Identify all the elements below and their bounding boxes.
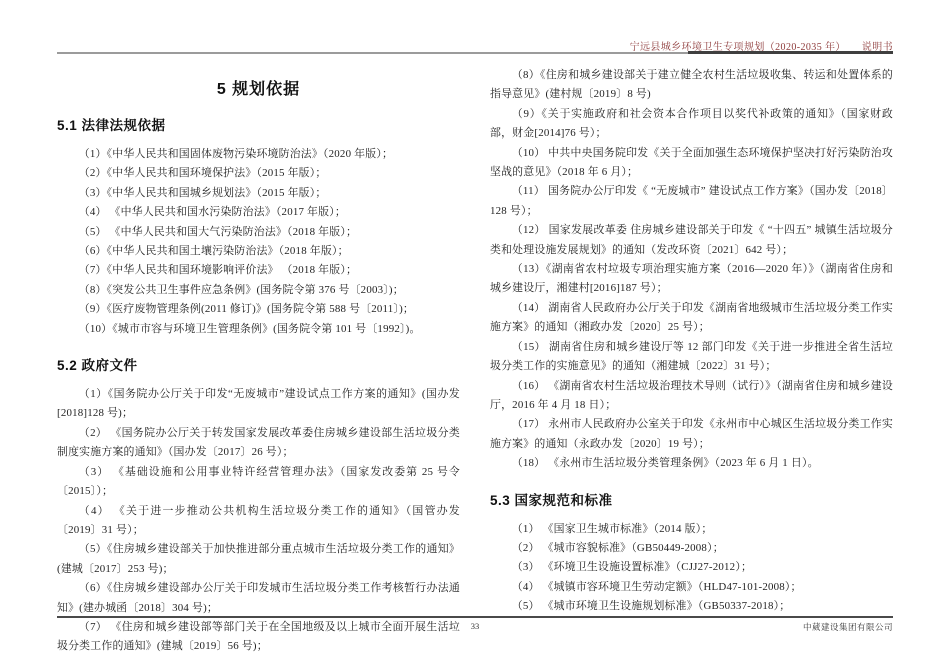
gov-doc-item-1: （1）《国务院办公厅关于印发“无废城市”建设试点工作方案的通知》(国办发[201… xyxy=(57,385,460,424)
chapter-title: 5 规划依据 xyxy=(57,76,460,99)
gov-doc-item-18: （18） 《永州市生活垃圾分类管理条例》（2023 年 6 月 1 日）。 xyxy=(490,454,893,473)
footer-rule xyxy=(57,616,893,618)
header-rule-dark-segment xyxy=(688,51,893,54)
law-item-5: （5） 《中华人民共和国大气污染防治法》（2018 年版）； xyxy=(57,223,460,242)
gov-doc-item-12: （12） 国家发展改革委 住房城乡建设部关于印发《 “十四五” 城镇生活垃圾分类… xyxy=(490,221,893,260)
gov-doc-item-17: （17） 永州市人民政府办公室关于印发《永州市中心城区生活垃圾分类工作实施方案》… xyxy=(490,415,893,454)
gov-doc-item-9: （9）《关于实施政府和社会资本合作项目以奖代补政策的通知》（国家财政部，财金[2… xyxy=(490,105,893,144)
standard-item-5: （5） 《城市环境卫生设施规划标准》（GB50337-2018）； xyxy=(490,597,893,616)
section-heading-5-3: 5.3 国家规范和标准 xyxy=(490,489,893,509)
gov-doc-item-5: （5）《住房城乡建设部关于加快推进部分重点城市生活垃圾分类工作的通知》(建城〔2… xyxy=(57,540,460,579)
law-item-8: （8）《突发公共卫生事件应急条例》(国务院令第 376 号〔2003〕)； xyxy=(57,281,460,300)
gov-doc-item-3: （3） 《基础设施和公用事业特许经营管理办法》（国家发改委第 25 号令〔201… xyxy=(57,463,460,502)
gov-doc-item-15: （15） 湖南省住房和城乡建设厅等 12 部门印发《关于进一步推进全省生活垃圾分… xyxy=(490,338,893,377)
law-item-7: （7）《中华人民共和国环境影响评价法》 （2018 年版）； xyxy=(57,261,460,280)
law-item-1: （1）《中华人民共和国固体废物污染环境防治法》（2020 年版）； xyxy=(57,145,460,164)
section-heading-5-2: 5.2 政府文件 xyxy=(57,354,460,374)
law-item-10: （10）《城市市容与环境卫生管理条例》(国务院令第 101 号〔1992〕)。 xyxy=(57,320,460,339)
standard-item-3: （3） 《环境卫生设施设置标准》（CJJ27-2012）； xyxy=(490,558,893,577)
section-heading-5-1: 5.1 法律法规依据 xyxy=(57,114,460,134)
gov-doc-item-6: （6）《住房城乡建设部办公厅关于印发城市生活垃圾分类工作考核暂行办法通知》(建办… xyxy=(57,579,460,618)
gov-doc-item-16: （16） 《湖南省农村生活垃圾治理技术导则（试行）》（湖南省住房和城乡建设厅，2… xyxy=(490,377,893,416)
law-item-2: （2）《中华人民共和国环境保护法》（2015 年版）； xyxy=(57,164,460,183)
law-item-3: （3）《中华人民共和国城乡规划法》（2015 年版）； xyxy=(57,184,460,203)
gov-doc-item-8: （8）《住房和城乡建设部关于建立健全农村生活垃圾收集、转运和处置体系的指导意见》… xyxy=(490,66,893,105)
standard-item-2: （2） 《城市容貌标准》（GB50449-2008）； xyxy=(490,539,893,558)
standard-item-1: （1） 《国家卫生城市标准》（2014 版）； xyxy=(490,520,893,539)
gov-doc-item-4: （4） 《关于进一步推动公共机构生活垃圾分类工作的通知》（国管办发〔2019〕3… xyxy=(57,502,460,541)
gov-doc-item-11: （11） 国务院办公厅印发《 “无废城市” 建设试点工作方案》（国办发〔2018… xyxy=(490,182,893,221)
footer-company-name: 中葳建设集团有限公司 xyxy=(803,621,893,633)
law-item-4: （4） 《中华人民共和国水污染防治法》（2017 年版）； xyxy=(57,203,460,222)
gov-doc-item-10: （10） 中共中央国务院印发《关于全面加强生态环境保护坚决打好污染防治攻坚战的意… xyxy=(490,144,893,183)
document-body: 5 规划依据 5.1 法律法规依据 （1）《中华人民共和国固体废物污染环境防治法… xyxy=(57,60,893,657)
left-column: 5 规划依据 5.1 法律法规依据 （1）《中华人民共和国固体废物污染环境防治法… xyxy=(57,60,460,657)
law-item-6: （6）《中华人民共和国土壤污染防治法》（2018 年版）； xyxy=(57,242,460,261)
law-item-9: （9）《医疗废物管理条例(2011 修订)》(国务院令第 588 号〔2011〕… xyxy=(57,300,460,319)
gov-doc-item-14: （14） 湖南省人民政府办公厅关于印发《湖南省地级城市生活垃圾分类工作实施方案》… xyxy=(490,299,893,338)
standard-item-4: （4） 《城镇市容环境卫生劳动定额》（HLD47-101-2008）； xyxy=(490,578,893,597)
gov-doc-item-13: （13）《湖南省农村垃圾专项治理实施方案（2016—2020 年）》（湖南省住房… xyxy=(490,260,893,299)
right-column: （8）《住房和城乡建设部关于建立健全农村生活垃圾收集、转运和处置体系的指导意见》… xyxy=(490,60,893,657)
document-page: 宁远县城乡环境卫生专项规划（2020-2035 年）说明书 5 规划依据 5.1… xyxy=(0,0,950,671)
gov-doc-item-2: （2） 《国务院办公厅关于转发国家发展改革委住房城乡建设部生活垃圾分类制度实施方… xyxy=(57,424,460,463)
